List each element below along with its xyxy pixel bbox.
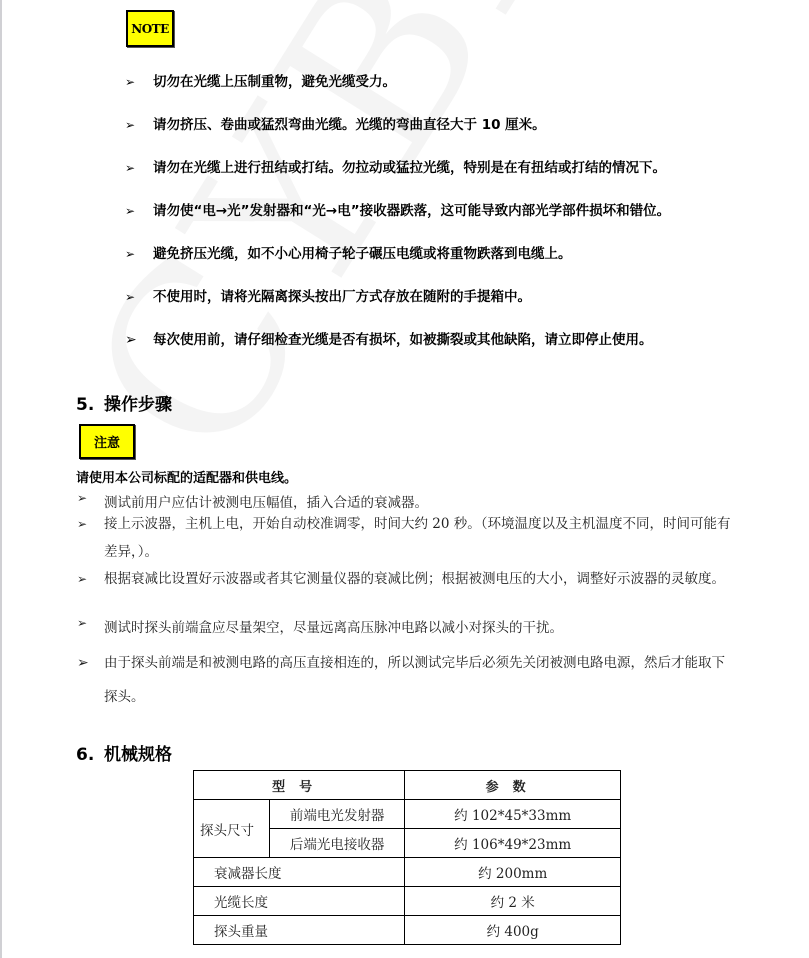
step-item: ➢测试时探头前端盒应尽量架空，尽量远离高压脉冲电路以减小对探头的干扰。: [77, 616, 737, 636]
bullet-arrow-icon: ➢: [125, 118, 153, 132]
bullet-arrow-icon: ➢: [77, 570, 87, 588]
table-row: 探头尺寸 前端电光发射器 约 102*45*33mm: [194, 800, 621, 829]
step-item: ➢测试前用户应估计被测电压幅值，插入合适的衰减器。: [77, 491, 737, 511]
bullet-arrow-icon: ➢: [77, 515, 87, 533]
header-params: 参数: [405, 771, 621, 800]
note-item: ➢请勿在光缆上进行扭结或打结。勿拉动或猛拉光缆，特别是在有扭结或打结的情况下。: [125, 156, 666, 176]
table-row: 光缆长度 约 2 米: [194, 887, 621, 916]
note-item: ➢避免挤压光缆，如不小心用椅子轮子碾压电缆或将重物跌落到电缆上。: [125, 242, 572, 262]
adapter-warning: 请使用本公司标配的适配器和供电线。: [76, 467, 297, 486]
table-row: 衰减器长度 约 200mm: [194, 858, 621, 887]
section-6-heading: 6.机械规格: [76, 740, 172, 765]
note-badge: NOTE: [126, 10, 174, 47]
step-item: ➢由于探头前端是和被测电路的高压直接相连的，所以测试完毕后必须先关闭被测电路电源…: [77, 646, 737, 714]
header-model: 型号: [194, 771, 405, 800]
page-edge: [0, 0, 2, 958]
table-header-row: 型号 参数: [194, 771, 621, 800]
bullet-arrow-icon: ➢: [125, 290, 153, 304]
step-item: ➢接上示波器，主机上电，开始自动校准调零，时间大约 20 秒。（环境温度以及主机…: [77, 510, 737, 566]
note-item: ➢每次使用前，请仔细检查光缆是否有损坏，如被撕裂或其他缺陷，请立即停止使用。: [125, 328, 653, 348]
bullet-arrow-icon: ➢: [125, 204, 153, 218]
section-5-heading: 5.操作步骤: [76, 390, 172, 415]
note-item: ➢请勿使“电→光”发射器和“光→电”接收器跌落，这可能导致内部光学部件损坏和错位…: [125, 199, 670, 219]
bullet-arrow-icon: ➢: [77, 491, 87, 505]
table-row: 探头重量 约 400g: [194, 916, 621, 945]
bullet-arrow-icon: ➢: [77, 654, 89, 672]
bullet-arrow-icon: ➢: [125, 247, 153, 261]
note-item: ➢切勿在光缆上压制重物，避免光缆受力。: [125, 70, 396, 90]
bullet-arrow-icon: ➢: [125, 332, 153, 348]
spec-table: 型号 参数 探头尺寸 前端电光发射器 约 102*45*33mm 后端光电接收器…: [193, 770, 621, 945]
bullet-arrow-icon: ➢: [125, 161, 153, 175]
note-item: ➢不使用时，请将光隔离探头按出厂方式存放在随附的手提箱中。: [125, 285, 531, 305]
step-item: ➢根据衰减比设置好示波器或者其它测量仪器的衰减比例；根据被测电压的大小，调整好示…: [77, 565, 737, 593]
note-item: ➢请勿挤压、卷曲或猛烈弯曲光缆。光缆的弯曲直径大于 10 厘米。: [125, 113, 546, 133]
caution-badge: 注意: [79, 424, 135, 459]
bullet-arrow-icon: ➢: [125, 75, 153, 89]
probe-size-label: 探头尺寸: [194, 800, 270, 858]
bullet-arrow-icon: ➢: [77, 616, 87, 630]
